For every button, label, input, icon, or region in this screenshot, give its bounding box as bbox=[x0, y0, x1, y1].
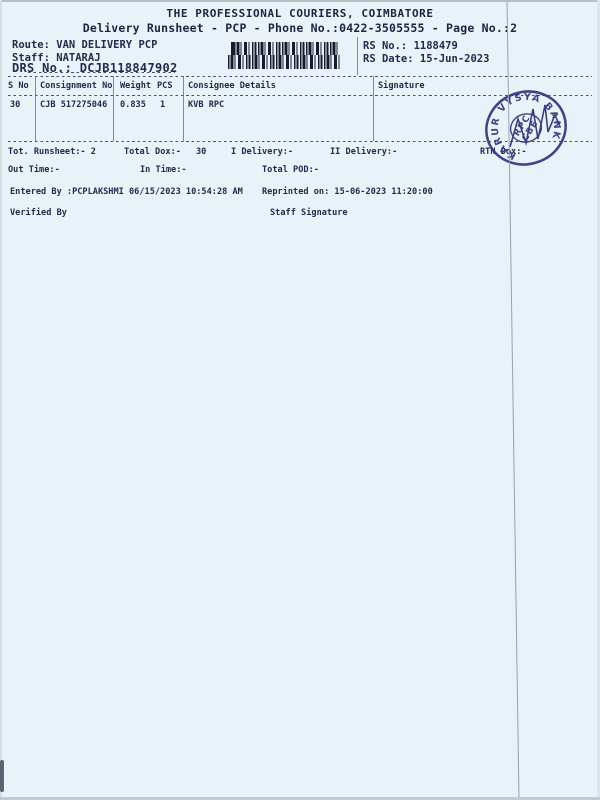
i-delivery: I Delivery:- bbox=[231, 148, 293, 158]
total-dox-value: 30 bbox=[196, 148, 206, 158]
verified-by: Verified By bbox=[10, 209, 67, 219]
total-dox-label: Total Dox:- bbox=[124, 148, 181, 158]
tot-runsheet: Tot. Runsheet:- 2 bbox=[8, 148, 96, 158]
ii-delivery: II Delivery:- bbox=[330, 148, 397, 158]
runsheet-document: THE PROFESSIONAL COURIERS, COIMBATORE De… bbox=[0, 0, 600, 800]
staff-signature-label: Staff Signature bbox=[270, 209, 348, 219]
page-edge-top bbox=[0, 0, 600, 2]
in-time: In Time:- bbox=[140, 166, 187, 176]
signature-star-icon: ✶ bbox=[554, 118, 561, 127]
out-time: Out Time:- bbox=[8, 166, 60, 176]
scan-smudge bbox=[0, 760, 4, 792]
total-pod: Total POD:- bbox=[262, 166, 319, 176]
page-edge-left bbox=[0, 0, 2, 800]
bank-stamp: KARUR VYSYA BANK RPC CBE ✶ bbox=[480, 85, 580, 185]
entered-by: Entered By :PCPLAKSHMI 06/15/2023 10:54:… bbox=[10, 188, 243, 198]
reprinted-on: Reprinted on: 15-06-2023 11:20:00 bbox=[262, 188, 433, 198]
